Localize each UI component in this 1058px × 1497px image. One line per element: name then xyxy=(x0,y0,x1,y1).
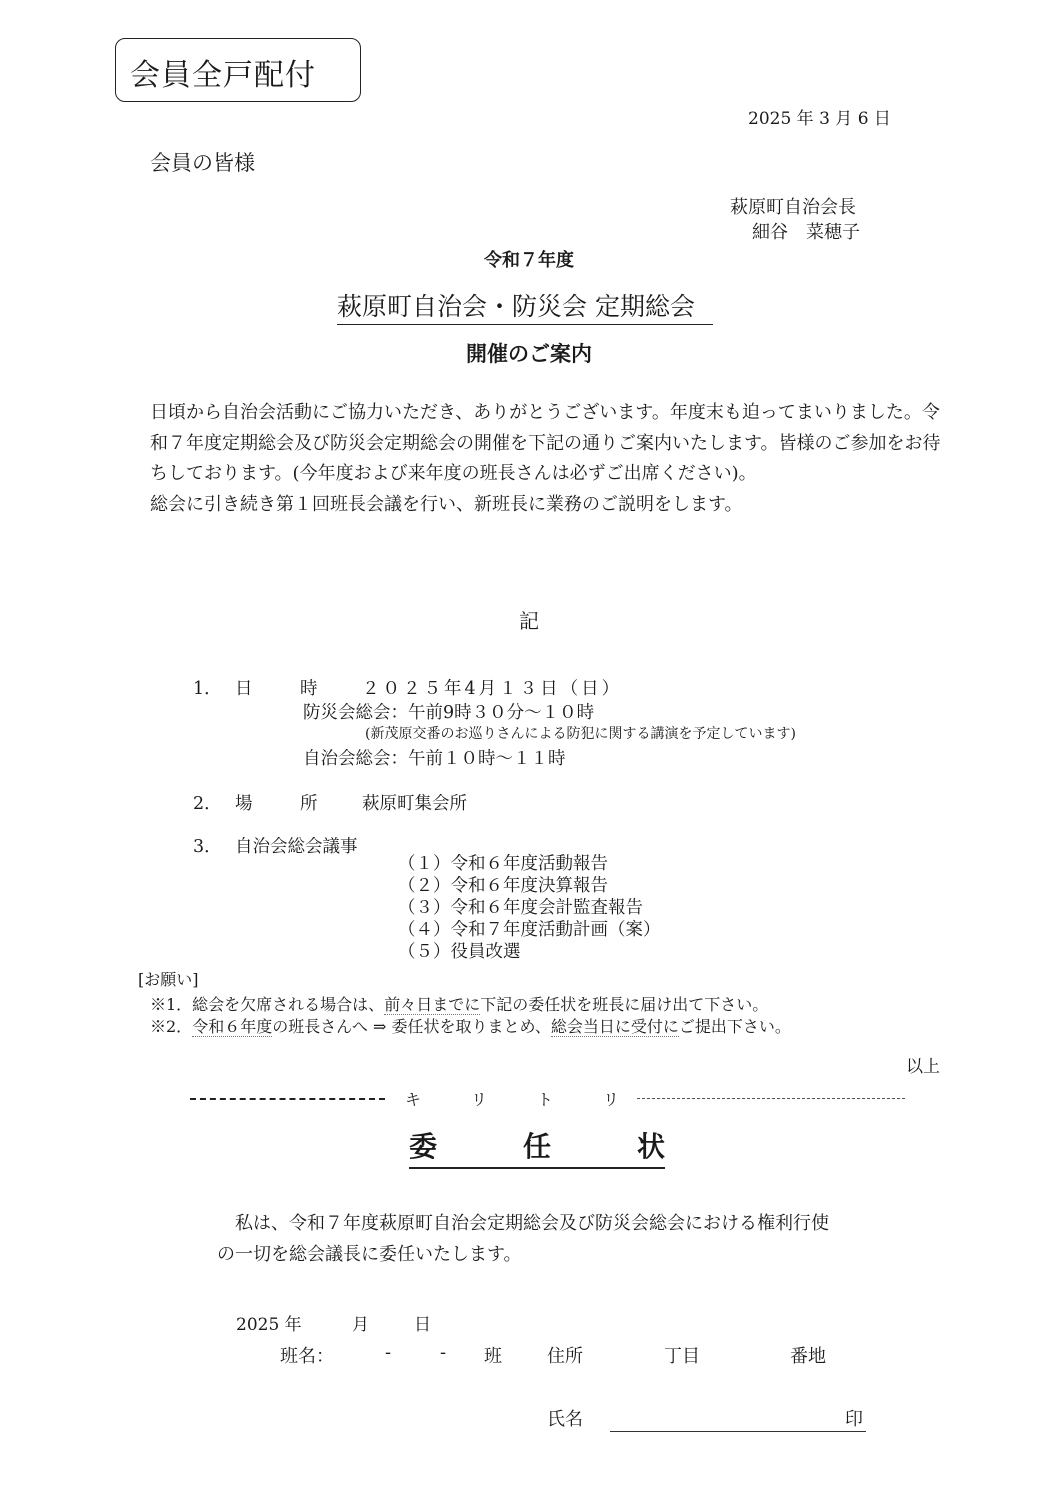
proxy-date-day: 日 xyxy=(414,1310,431,1335)
request-1: ※1．総会を欠席される場合は、前々日までに下記の委任状を班長に届け出て下さい。 xyxy=(150,992,768,1015)
proxy-statement-line: 私は、令和７年度萩原町自治会定期総会及び防災会総会における権利行使 xyxy=(217,1208,957,1239)
cut-line: キ リ ト リ xyxy=(190,1087,905,1110)
cut-letter: キ xyxy=(405,1087,471,1110)
seal-mark: 印 xyxy=(845,1405,863,1431)
request-2-prefix: ※2． xyxy=(150,1017,192,1036)
cut-letter: ト xyxy=(537,1087,603,1110)
sender-name: 細谷 菜穂子 xyxy=(752,218,860,244)
cut-dash-left xyxy=(190,1098,385,1100)
agenda-item: （５）役員改選 xyxy=(398,941,661,963)
cut-line-label: キ リ ト リ xyxy=(405,1087,623,1110)
request-1-prefix: ※1．総会を欠席される場合は、 xyxy=(150,995,384,1014)
request-2-suffix: ご提出下さい。 xyxy=(679,1017,791,1036)
fiscal-year-heading: 令和７年度 xyxy=(0,246,1058,272)
item2-number: 2． xyxy=(193,790,222,815)
signature-line[interactable] xyxy=(610,1431,866,1432)
item1-number: 1． xyxy=(193,675,222,700)
item3-label: 自治会総会議事 xyxy=(235,833,358,858)
jichi-meeting-time: 自治会総会：午前１０時～１１時 xyxy=(303,745,566,770)
intro-paragraph: 総会に引き続き第１回班長会議を行い、新班長に業務のご説明をします。 xyxy=(150,490,950,521)
agenda-item: （３）令和６年度会計監査報告 xyxy=(398,897,661,919)
cut-dash-right xyxy=(637,1098,905,1099)
addressee: 会員の皆様 xyxy=(150,147,255,177)
closing-ijou: 以上 xyxy=(906,1052,940,1077)
agenda-item: （１）令和６年度活動報告 xyxy=(398,853,661,875)
proxy-date-year: 2025 年 xyxy=(236,1310,302,1335)
page-subtitle: 開催のご案内 xyxy=(0,338,1058,368)
intro-text: 日頃から自治会活動にご協力いただき、ありがとうございます。年度末も迫ってまいりま… xyxy=(150,398,950,520)
intro-paragraph: 日頃から自治会活動にご協力いただき、ありがとうございます。年度末も迫ってまいりま… xyxy=(150,398,950,490)
name-label: 氏名 xyxy=(547,1405,583,1431)
request-2-year: 令和６年度 xyxy=(192,1017,272,1037)
banchi-label: 番地 xyxy=(790,1342,826,1368)
request-2-middle: の班長さんへ ⇒ 委任状を取りまとめ、 xyxy=(272,1017,551,1036)
proxy-statement-line: の一切を総会議長に委任いたします。 xyxy=(217,1239,957,1270)
meeting-location: 萩原町集会所 xyxy=(362,790,467,815)
bousai-meeting-time: 防災会総会：午前9時３０分～１０時 xyxy=(303,699,594,724)
item2-label-b: 所 xyxy=(300,790,318,815)
agenda-item: （４）令和７年度活動計画（案） xyxy=(398,919,661,941)
agenda-list: （１）令和６年度活動報告 （２）令和６年度決算報告 （３）令和６年度会計監査報告… xyxy=(398,853,661,963)
item2-label-a: 場 xyxy=(235,790,253,815)
chome-label: 丁目 xyxy=(664,1342,700,1368)
meeting-date: ２０２５年4月１３日（日） xyxy=(362,675,622,700)
address-label: 住所 xyxy=(547,1342,583,1368)
requests-heading: [お願い] xyxy=(138,967,199,990)
item3-number: 3． xyxy=(193,833,222,858)
item1-label-a: 日 xyxy=(235,675,253,700)
han-label: 班名： xyxy=(280,1342,334,1368)
item1-label-b: 時 xyxy=(300,675,318,700)
proxy-title-char: 委 xyxy=(409,1125,437,1165)
cut-letter: リ xyxy=(603,1087,623,1110)
cut-letter: リ xyxy=(471,1087,537,1110)
ki-heading: 記 xyxy=(0,605,1058,634)
proxy-statement: 私は、令和７年度萩原町自治会定期総会及び防災会総会における権利行使 の一切を総会… xyxy=(217,1208,957,1270)
proxy-title-char: 任 xyxy=(523,1125,551,1165)
request-1-suffix: 下記の委任状を班長に届け出て下さい。 xyxy=(480,995,768,1014)
han-dash-1: - xyxy=(385,1342,391,1363)
request-2: ※2．令和６年度の班長さんへ ⇒ 委任状を取りまとめ、総会当日に受付にご提出下さ… xyxy=(150,1014,791,1037)
bousai-lecture-note: (新茂原交番のお巡りさんによる防犯に関する講演を予定しています) xyxy=(365,723,796,743)
page-title: 萩原町自治会・防災会 定期総会 xyxy=(337,287,713,325)
request-1-deadline: 前々日までに xyxy=(384,995,480,1015)
proxy-date-month: 月 xyxy=(352,1310,369,1335)
proxy-title: 委 任 状 xyxy=(409,1125,665,1169)
han-suffix: 班 xyxy=(484,1342,502,1368)
request-2-reception: 総会当日に受付に xyxy=(551,1017,679,1037)
proxy-title-char: 状 xyxy=(637,1125,665,1165)
issue-date: 2025 年 3 月 6 日 xyxy=(748,104,891,129)
sender-organization: 萩原町自治会長 xyxy=(730,193,856,219)
han-dash-2: - xyxy=(440,1342,446,1363)
distribution-stamp: 会員全戸配付 xyxy=(130,50,316,94)
agenda-item: （２）令和６年度決算報告 xyxy=(398,875,661,897)
